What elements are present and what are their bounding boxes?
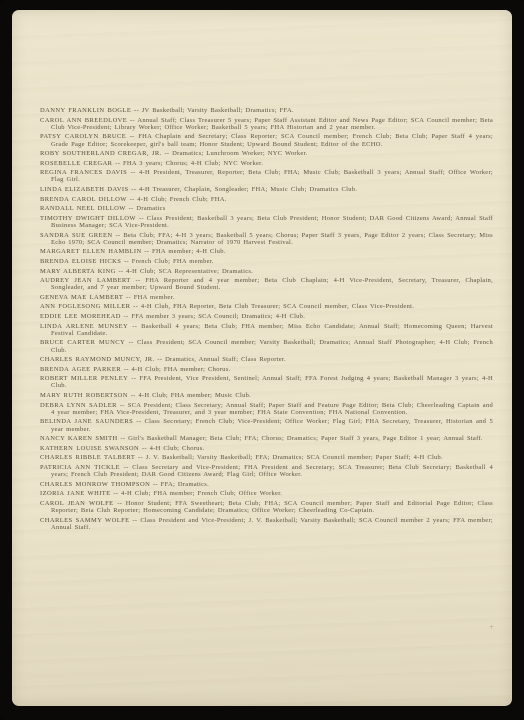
student-name: ROSEBELLE CREGAR xyxy=(40,160,112,167)
student-name: DANNY FRANKLIN BOGLE xyxy=(40,107,131,114)
activity-entry: KATHERN LOUISE SWANSON -- 4-H Club; Chor… xyxy=(40,445,493,452)
student-name: LINDA ELIZABETH DAVIS xyxy=(40,186,129,193)
student-activities: -- 4-H Club; French Club; FHA. xyxy=(127,196,227,203)
student-name: GENEVA MAE LAMBERT xyxy=(40,294,123,301)
student-activities: -- Beta Club; FFA; 4-H 3 years; Basketba… xyxy=(51,232,493,246)
student-name: RANDALL NEEL DILLOW xyxy=(40,205,126,212)
activity-entry: BRENDA ELOISE HICKS -- French Club; FHA … xyxy=(40,258,493,265)
activity-entry: ROBERT MILLER PENLEY -- FFA President, V… xyxy=(40,375,493,389)
activity-entry: MARY ALBERTA KING -- 4-H Club; SCA Repre… xyxy=(40,268,493,275)
student-name: LINDA ARLENE MUNSEY xyxy=(40,323,128,330)
student-name: BRUCE CARTER MUNCY xyxy=(40,339,125,346)
student-name: CHARLES RAYMOND MUNCY, JR. xyxy=(40,356,155,363)
student-name: AUDREY JEAN LAMBERT xyxy=(40,277,131,284)
student-activities: -- Dramatics; Lunchroom Worker; NYC Work… xyxy=(162,150,308,157)
student-activities: -- FHA 3 years; Chorus; 4-H Club; NYC Wo… xyxy=(112,160,263,167)
student-name: MARY ALBERTA KING xyxy=(40,268,116,275)
activity-entry: EDDIE LEE MOREHEAD -- FFA member 3 years… xyxy=(40,313,493,320)
student-name: REGINA FRANCES DAVIS xyxy=(40,169,127,176)
student-name: EDDIE LEE MOREHEAD xyxy=(40,313,121,320)
entries-list: DANNY FRANKLIN BOGLE -- JV Basketball; V… xyxy=(40,107,493,533)
student-name: PATRICIA ANN TICKLE xyxy=(40,464,120,471)
student-activities: -- 4-H Treasurer, Chaplain, Songleader; … xyxy=(129,186,358,193)
student-activities: -- French Club; FHA member. xyxy=(121,258,214,265)
student-name: DEBRA LYNN SADLER xyxy=(40,402,117,409)
activity-entry: TIMOTHY DWIGHT DILLOW -- Class President… xyxy=(40,215,493,229)
student-activities: -- Dramatics, Annual Staff; Class Report… xyxy=(155,356,286,363)
scanned-page: DANNY FRANKLIN BOGLE -- JV Basketball; V… xyxy=(12,10,512,706)
student-name: CHARLES RIBBLE TALBERT xyxy=(40,454,135,461)
activity-entry: SANDRA SUE GREEN -- Beta Club; FFA; 4-H … xyxy=(40,232,493,246)
student-name: CHARLES MONROW THOMPSON xyxy=(40,481,150,488)
activity-entry: CAROL JEAN WOLFE -- Honor Student; FFA S… xyxy=(40,500,493,514)
page-frame: DANNY FRANKLIN BOGLE -- JV Basketball; V… xyxy=(0,0,524,720)
activity-entry: CAROL ANN BREEDLOVE -- Annual Staff; Cla… xyxy=(40,117,493,131)
page-speck: + xyxy=(489,624,494,631)
student-activities: -- FHA member; 4-H Club. xyxy=(142,248,226,255)
activity-entry: AUDREY JEAN LAMBERT -- FHA Reporter and … xyxy=(40,277,493,291)
activity-entry: ANN FOGLESONG MILLER -- 4-H Club, FHA Re… xyxy=(40,303,493,310)
activity-entry: CHARLES SAMMY WOLFE -- Class President a… xyxy=(40,517,493,531)
activity-entry: ROSEBELLE CREGAR -- FHA 3 years; Chorus;… xyxy=(40,160,493,167)
activity-entry: BELINDA JANE SAUNDERS -- Class Secretary… xyxy=(40,418,493,432)
activity-entry: GENEVA MAE LAMBERT -- FHA member. xyxy=(40,294,493,301)
activity-entry: IZORIA JANE WHITE -- 4-H Club; FHA membe… xyxy=(40,490,493,497)
student-activities: -- J. V. Basketball; Varsity Basketball;… xyxy=(135,454,443,461)
activity-entry: CHARLES MONROW THOMPSON -- FFA; Dramatic… xyxy=(40,481,493,488)
student-activities: -- Girl's Basketball Manager; Beta Club;… xyxy=(118,435,483,442)
student-activities: -- FFA; Dramatics. xyxy=(150,481,209,488)
student-name: KATHERN LOUISE SWANSON xyxy=(40,445,139,452)
student-activities: -- Honor Student; FFA Sweetheart; Beta C… xyxy=(51,500,493,514)
student-activities: -- 4-H Club; FHA member; Chorus. xyxy=(121,366,230,373)
activity-entry: CHARLES RIBBLE TALBERT -- J. V. Basketba… xyxy=(40,454,493,461)
activity-entry: LINDA ARLENE MUNSEY -- Basketball 4 year… xyxy=(40,323,493,337)
activity-entry: LINDA ELIZABETH DAVIS -- 4-H Treasurer, … xyxy=(40,186,493,193)
student-name: BELINDA JANE SAUNDERS xyxy=(40,418,133,425)
activity-entry: ROBY SOUTHERLAND CREGAR, JR. -- Dramatic… xyxy=(40,150,493,157)
student-activities: -- Dramatics xyxy=(126,205,166,212)
activity-entry: NANCY KAREN SMITH -- Girl's Basketball M… xyxy=(40,435,493,442)
student-activities: -- 4-H Club; Chorus. xyxy=(139,445,204,452)
activity-entry: BRENDA AGEE PARKER -- 4-H Club; FHA memb… xyxy=(40,366,493,373)
activity-entry: BRENDA CAROL DILLOW -- 4-H Club; French … xyxy=(40,196,493,203)
student-name: BRENDA ELOISE HICKS xyxy=(40,258,121,265)
student-name: MARGARET ELLEN HAMBLIN xyxy=(40,248,142,255)
student-name: NANCY KAREN SMITH xyxy=(40,435,118,442)
student-name: ANN FOGLESONG MILLER xyxy=(40,303,130,310)
student-name: ROBERT MILLER PENLEY xyxy=(40,375,128,382)
student-name: CAROL JEAN WOLFE xyxy=(40,500,114,507)
activity-entry: MARY RUTH ROBERTSON -- 4-H Club; FHA mem… xyxy=(40,392,493,399)
student-activities: -- FFA member 3 years; SCA Council; Dram… xyxy=(121,313,305,320)
student-activities: -- 4-H Club, FHA Reporter, Beta Club Tre… xyxy=(130,303,414,310)
student-activities: -- JV Basketball; Varsity Basketball; Dr… xyxy=(131,107,294,114)
student-name: TIMOTHY DWIGHT DILLOW xyxy=(40,215,136,222)
activity-entry: BRUCE CARTER MUNCY -- Class President; S… xyxy=(40,339,493,353)
activity-entry: PATRICIA ANN TICKLE -- Class Secretary a… xyxy=(40,464,493,478)
student-activities: -- 4-H Club; SCA Representative; Dramati… xyxy=(116,268,253,275)
activity-entry: DEBRA LYNN SADLER -- SCA President; Clas… xyxy=(40,402,493,416)
student-name: IZORIA JANE WHITE xyxy=(40,490,111,497)
student-name: CHARLES SAMMY WOLFE xyxy=(40,517,130,524)
student-activities: -- FHA member. xyxy=(123,294,174,301)
student-activities: -- 4-H Club; FHA member; French Club; Of… xyxy=(111,490,283,497)
student-name: SANDRA SUE GREEN xyxy=(40,232,112,239)
student-activities: -- 4-H Club; FHA member; Music Club. xyxy=(128,392,251,399)
activity-entry: REGINA FRANCES DAVIS -- 4-H President, T… xyxy=(40,169,493,183)
activity-entry: CHARLES RAYMOND MUNCY, JR. -- Dramatics,… xyxy=(40,356,493,363)
activity-entry: DANNY FRANKLIN BOGLE -- JV Basketball; V… xyxy=(40,107,493,114)
student-activities: -- SCA President; Class Secretary; Annua… xyxy=(51,402,493,416)
activity-entry: MARGARET ELLEN HAMBLIN -- FHA member; 4-… xyxy=(40,248,493,255)
student-name: BRENDA AGEE PARKER xyxy=(40,366,121,373)
activity-entry: RANDALL NEEL DILLOW -- Dramatics xyxy=(40,205,493,212)
student-name: BRENDA CAROL DILLOW xyxy=(40,196,127,203)
student-name: ROBY SOUTHERLAND CREGAR, JR. xyxy=(40,150,162,157)
student-name: PATSY CAROLYN BRUCE xyxy=(40,133,126,140)
activity-entry: PATSY CAROLYN BRUCE -- FHA Chaplain and … xyxy=(40,133,493,147)
student-name: MARY RUTH ROBERTSON xyxy=(40,392,128,399)
student-name: CAROL ANN BREEDLOVE xyxy=(40,117,127,124)
